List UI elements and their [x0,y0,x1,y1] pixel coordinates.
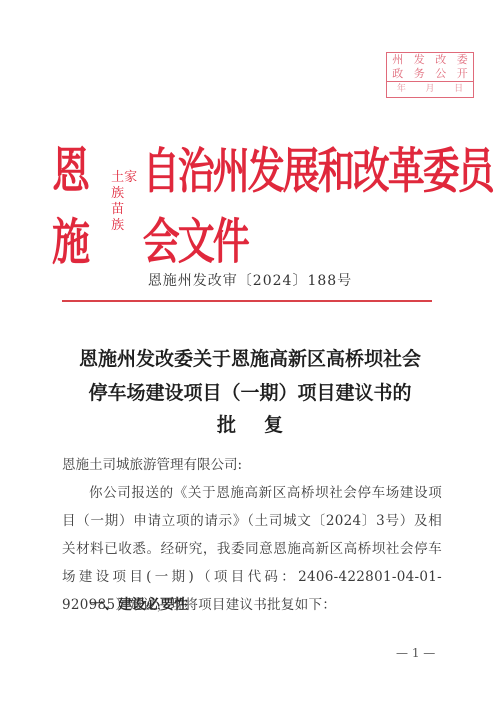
title-line-1: 恩施州发改委关于恩施高新区高桥坝社会 [0,344,500,371]
stamp-char: 改 [435,53,446,67]
page-number: — 1 — [396,646,435,660]
stamp-row-2: 政 务 公 开 [387,67,473,81]
stamp-char: 政 [392,67,403,81]
masthead-agency-name: 自治州发展和改革委员会文件 [143,132,500,272]
stamp-row-1: 州 发 改 委 [387,53,473,67]
masthead-small-top: 土家族 [111,170,142,202]
stamp-month: 月 [425,82,434,96]
title-line-2: 停车场建设项目（一期）项目建议书的 [0,378,500,405]
masthead-ethnic-names: 土家族 苗 族 [111,170,142,234]
masthead-small-bottom: 苗 族 [111,202,142,234]
stamp-day: 日 [454,82,463,96]
stamp-char: 开 [457,67,468,81]
stamp-year: 年 [397,82,406,96]
stamp-char: 委 [457,53,468,67]
red-separator-line [62,300,432,302]
masthead-prefix: 恩施 [52,131,110,274]
stamp-date-row: 年 月 日 [387,81,473,96]
stamp-char: 公 [435,67,446,81]
public-disclosure-stamp: 州 发 改 委 政 务 公 开 年 月 日 [386,52,474,98]
stamp-char: 发 [414,53,425,67]
stamp-char: 州 [392,53,403,67]
section-heading: 一、建设必要性 [90,594,188,614]
document-number: 恩施州发改审〔2024〕188号 [0,270,500,290]
title-line-3: 批复 [0,410,500,437]
stamp-char: 务 [414,67,425,81]
addressee: 恩施土司城旅游管理有限公司: [62,451,442,479]
document-masthead: 恩施 土家族 苗 族 自治州发展和改革委员会文件 [52,172,500,232]
